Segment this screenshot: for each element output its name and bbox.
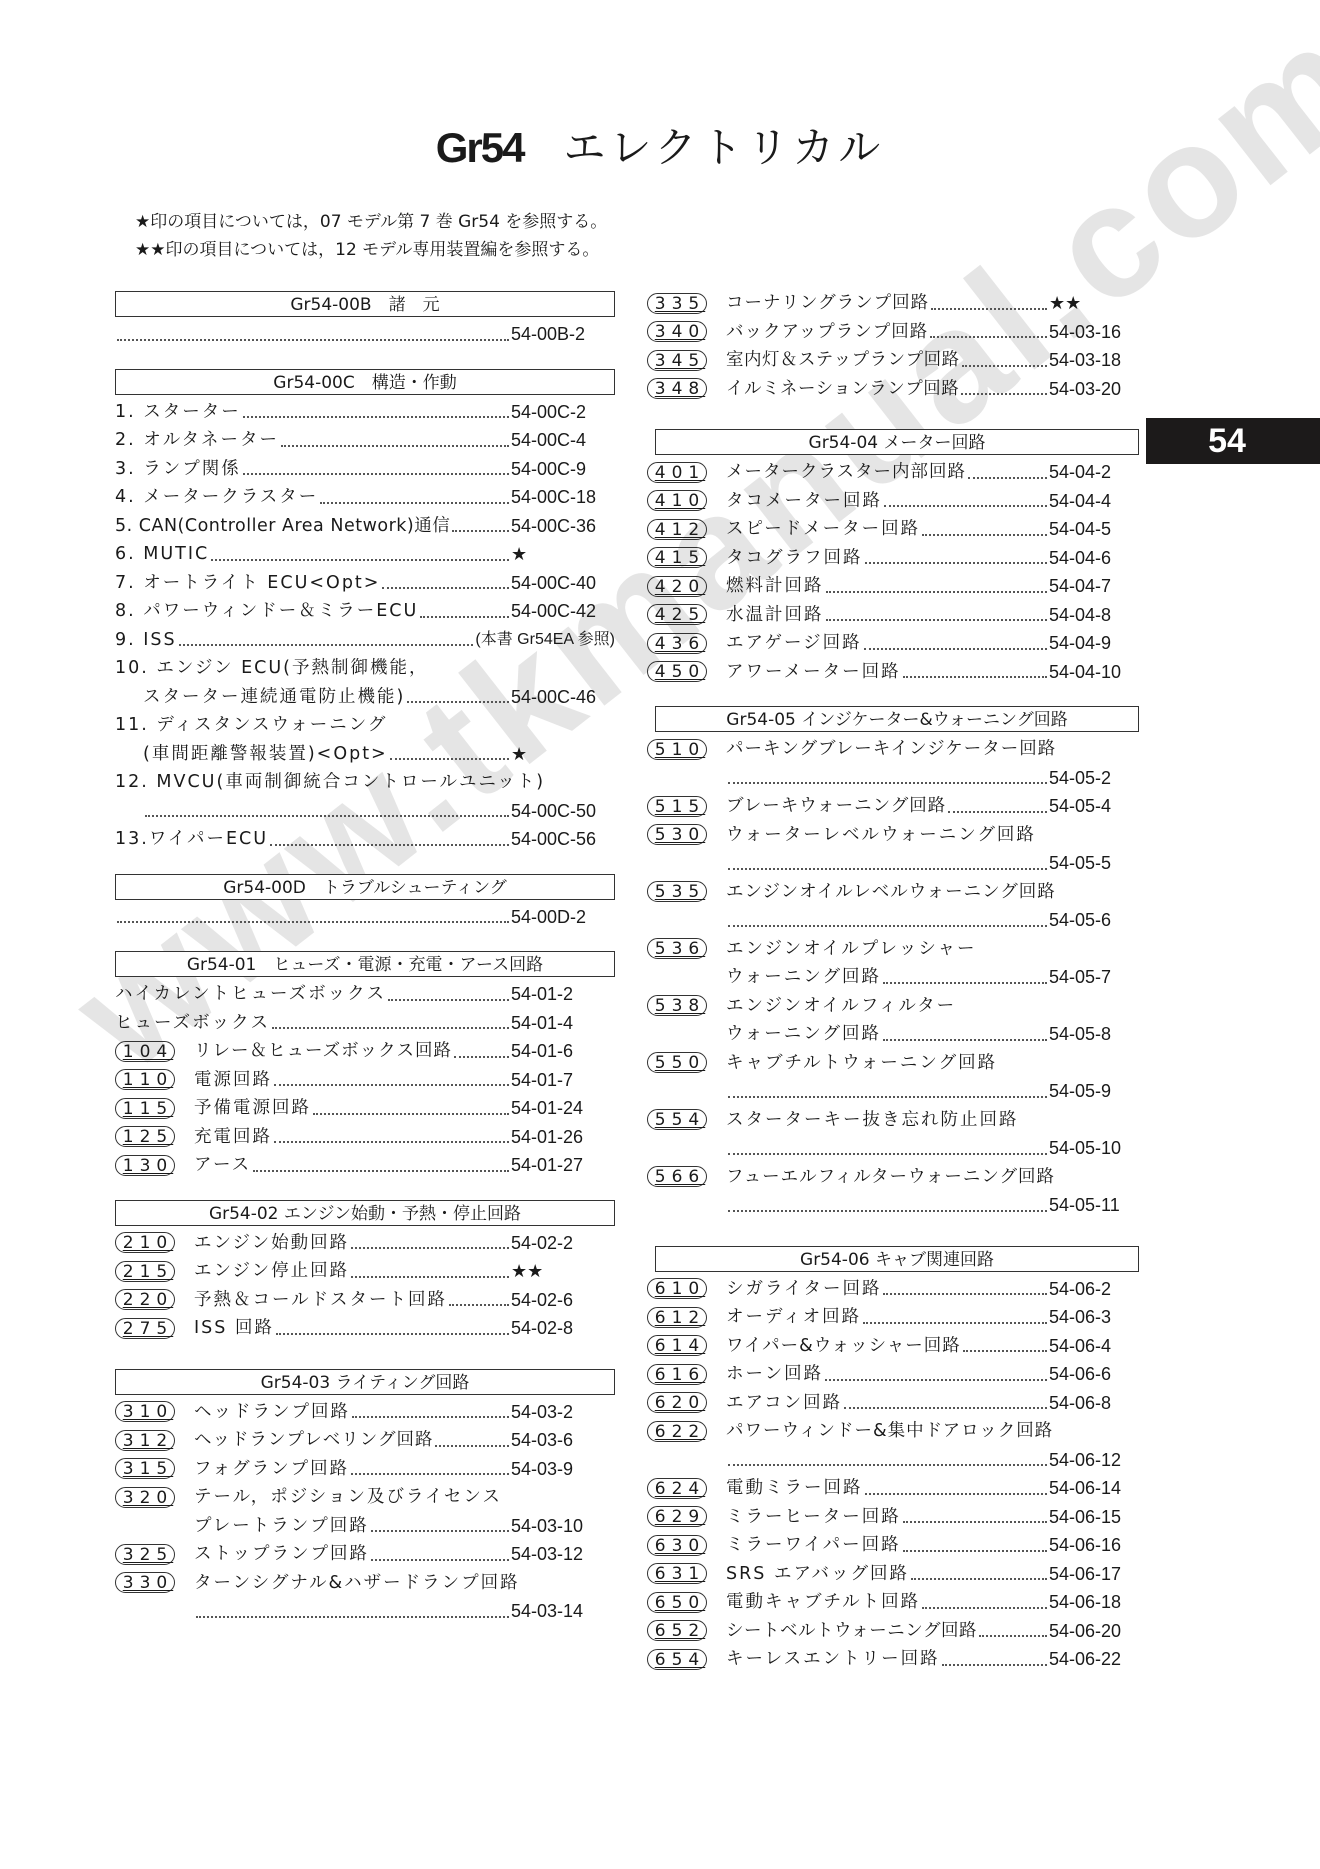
toc-entry[interactable]: 631SRS エアバッグ回路54-06-17 xyxy=(647,1560,1137,1589)
dot-leader xyxy=(826,591,1048,593)
dot-leader xyxy=(963,1350,1047,1352)
circuit-number-badge: 610 xyxy=(647,1278,707,1299)
entry-label: 電動キャブチルト回路 xyxy=(726,1588,920,1617)
toc-entry[interactable]: 110電源回路54-01-7 xyxy=(115,1066,615,1095)
toc-entry-cont[interactable]: ウォーニング回路54-05-7 xyxy=(647,963,1137,992)
toc-entry[interactable]: 220予熱＆コールドスタート回路54-02-6 xyxy=(115,1286,615,1315)
circuit-number-badge: 616 xyxy=(647,1364,707,1385)
page-ref: 54-05-4 xyxy=(1049,792,1137,821)
dot-leader xyxy=(274,1084,509,1086)
entry-label: 予熱＆コールドスタート回路 xyxy=(194,1286,447,1315)
page-ref: 54-06-17 xyxy=(1049,1560,1137,1589)
toc-entry-cont[interactable]: 54-05-9 xyxy=(647,1077,1137,1106)
circuit-number-badge: 210 xyxy=(115,1232,175,1253)
circuit-number-badge: 215 xyxy=(115,1261,175,1282)
toc-entry[interactable]: 650電動キャブチルト回路54-06-18 xyxy=(647,1588,1137,1617)
toc-entry[interactable]: 104リレー＆ヒューズボックス回路54-01-6 xyxy=(115,1037,615,1066)
section-header: Gr54-03 ライティング回路 xyxy=(115,1369,615,1395)
circuit-number-badge: 320 xyxy=(115,1487,175,1508)
page-ref: 54-00C-9 xyxy=(511,455,615,484)
toc-entry[interactable]: 4. メータークラスター54-00C-18 xyxy=(115,483,615,512)
circuit-number-badge: 401 xyxy=(647,462,707,483)
circuit-number-badge: 275 xyxy=(115,1318,175,1339)
cross-ref: (本書 Gr54EA 参照) xyxy=(475,626,615,655)
dot-leader xyxy=(454,1056,509,1058)
circuit-number-badge: 629 xyxy=(647,1506,707,1527)
page-ref: 54-03-2 xyxy=(511,1398,615,1427)
section-00c: Gr54-00C 構造・作動 1. スターター54-00C-2 2. オルタネー… xyxy=(115,369,615,854)
toc-entry[interactable]: ヒューズボックス54-01-4 xyxy=(115,1009,615,1038)
page-ref: 54-06-22 xyxy=(1049,1645,1137,1674)
page-ref: 54-05-8 xyxy=(1049,1020,1137,1049)
manual-page: www.tkmanual.com Gr54エレクトリカル ★印の項目については，… xyxy=(0,0,1320,1869)
circuit-number-badge: 345 xyxy=(647,350,707,371)
entry-label: ワイパー&ウォッシャー回路 xyxy=(726,1332,961,1361)
page-ref: 54-05-10 xyxy=(1049,1134,1137,1163)
toc-entry[interactable]: 130アース54-01-27 xyxy=(115,1151,615,1180)
section-01: Gr54-01 ヒューズ・電源・充電・アース回路 ハイカレントヒューズボックス5… xyxy=(115,951,615,1180)
circuit-number-badge: 515 xyxy=(647,796,707,817)
circuit-number-badge: 622 xyxy=(647,1421,707,1442)
toc-entry[interactable]: 125充電回路54-01-26 xyxy=(115,1123,615,1152)
section-header: Gr54-00D トラブルシューティング xyxy=(115,874,615,900)
circuit-number-badge: 436 xyxy=(647,633,707,654)
entry-label: ストップランプ回路 xyxy=(194,1540,369,1569)
toc-right-column: 335コーナリングランプ回路★★ 340バックアップランプ回路54-03-16 … xyxy=(647,289,1137,1674)
circuit-number-badge: 624 xyxy=(647,1478,707,1499)
dot-leader xyxy=(903,1521,1047,1523)
section-header: Gr54-02 エンジン始動・予熱・停止回路 xyxy=(115,1200,615,1226)
note-single-star: ★印の項目については，07 モデル第 7 巻 Gr54 を参照する。 xyxy=(135,208,607,236)
page-ref: 54-03-14 xyxy=(511,1597,615,1626)
entry-label: イルミネーションランプ回路 xyxy=(726,375,959,404)
toc-entry-cont[interactable]: ウォーニング回路54-05-8 xyxy=(647,1020,1137,1049)
reference-notes: ★印の項目については，07 モデル第 7 巻 Gr54 を参照する。 ★★印の項… xyxy=(135,208,607,264)
circuit-number-badge: 420 xyxy=(647,576,707,597)
star-ref: ★ xyxy=(511,740,615,769)
circuit-number-badge: 104 xyxy=(115,1041,175,1062)
star-ref: ★ xyxy=(511,540,615,569)
section-header: Gr54-05 インジケーター&ウォーニング回路 xyxy=(655,706,1139,732)
section-header: Gr54-04 メーター回路 xyxy=(655,429,1139,455)
entry-label: 2. オルタネーター xyxy=(115,426,279,455)
toc-entry[interactable]: 2. オルタネーター54-00C-4 xyxy=(115,426,615,455)
page-ref: 54-06-4 xyxy=(1049,1332,1137,1361)
page-ref: 54-01-2 xyxy=(511,980,615,1009)
circuit-number-badge: 312 xyxy=(115,1430,175,1451)
toc-entry-cont[interactable]: スターター連続通電防止機能)54-00C-46 xyxy=(115,683,615,712)
page-ref: 54-05-6 xyxy=(1049,906,1137,935)
dot-leader xyxy=(388,999,509,1001)
dot-leader xyxy=(117,921,509,923)
toc-entry-cont[interactable]: (車間距離警報装置)<Opt>★ xyxy=(115,740,615,769)
title-name: エレクトリカル xyxy=(563,123,884,172)
dot-leader xyxy=(243,473,509,475)
dot-leader xyxy=(884,505,1047,507)
circuit-number-badge: 554 xyxy=(647,1109,707,1130)
toc-entry[interactable]: 115予備電源回路54-01-24 xyxy=(115,1094,615,1123)
dot-leader xyxy=(313,1113,509,1115)
entry-label: アワーメーター回路 xyxy=(726,658,901,687)
circuit-number-badge: 538 xyxy=(647,995,707,1016)
dot-leader xyxy=(844,1407,1047,1409)
toc-entry[interactable]: 420燃料計回路54-04-7 xyxy=(647,572,1137,601)
entry-label: スターター連続通電防止機能) xyxy=(115,683,405,712)
entry-label: ヘッドランプレベリング回路 xyxy=(194,1426,433,1455)
toc-entry-cont[interactable]: 54-05-5 xyxy=(647,849,1137,878)
dot-leader xyxy=(930,336,1047,338)
dot-leader xyxy=(922,1607,1047,1609)
toc-entry[interactable]: 315フォグランプ回路54-03-9 xyxy=(115,1455,615,1484)
toc-entry[interactable]: 536エンジンオイルプレッシャー xyxy=(647,935,1137,964)
toc-entry[interactable]: 610シガライター回路54-06-2 xyxy=(647,1275,1137,1304)
entry-label: 1. スターター xyxy=(115,398,241,427)
entry-label: エンジン停止回路 xyxy=(194,1257,349,1286)
entry-label: 5. CAN(Controller Area Network)通信 xyxy=(115,512,450,541)
entry-label: 11. ディスタンスウォーニング xyxy=(115,711,387,740)
toc-entry[interactable]: 13.ワイパーECU54-00C-56 xyxy=(115,825,615,854)
toc-entry[interactable]: 450アワーメーター回路54-04-10 xyxy=(647,658,1137,687)
circuit-number-badge: 220 xyxy=(115,1289,175,1310)
page-ref: 54-03-20 xyxy=(1049,375,1137,404)
dot-leader xyxy=(931,308,1047,310)
toc-entry[interactable]: 7. オートライト ECU<Opt>54-00C-40 xyxy=(115,569,615,598)
circuit-number-badge: 631 xyxy=(647,1563,707,1584)
toc-entry[interactable]: 325ストップランプ回路54-03-12 xyxy=(115,1540,615,1569)
toc-entry[interactable]: 550キャブチルトウォーニング回路 xyxy=(647,1049,1137,1078)
page-ref: 54-06-15 xyxy=(1049,1503,1137,1532)
toc-entry-cont[interactable]: 54-05-11 xyxy=(647,1191,1137,1220)
section-03-continued: 335コーナリングランプ回路★★ 340バックアップランプ回路54-03-16 … xyxy=(647,289,1137,403)
page-ref: 54-06-3 xyxy=(1049,1303,1137,1332)
dot-leader xyxy=(274,1141,509,1143)
entry-label: ウォーターレベルウォーニング回路 xyxy=(726,821,1036,850)
entry-label: ヒューズボックス xyxy=(115,1009,270,1038)
page-ref: 54-06-12 xyxy=(1049,1446,1137,1475)
toc-entry[interactable]: 210エンジン始動回路54-02-2 xyxy=(115,1229,615,1258)
entry-label: パーキングブレーキインジケーター回路 xyxy=(726,735,1056,764)
page-ref: 54-00C-2 xyxy=(511,398,615,427)
entry-label: 8. パワーウィンドー＆ミラーECU xyxy=(115,597,418,626)
toc-entry[interactable]: 348イルミネーションランプ回路54-03-20 xyxy=(647,375,1137,404)
page-ref: 54-06-20 xyxy=(1049,1617,1137,1646)
toc-entry[interactable]: 330ターンシグナル&ハザードランプ回路 xyxy=(115,1569,615,1598)
page-ref: 54-00C-18 xyxy=(511,483,615,512)
entry-label: バックアップランプ回路 xyxy=(726,318,928,347)
page-ref: 54-03-10 xyxy=(511,1512,615,1541)
page-ref: 54-05-11 xyxy=(1049,1191,1137,1220)
entry-label: タコグラフ回路 xyxy=(726,544,863,573)
toc-entry[interactable]: 652シートベルトウォーニング回路54-06-20 xyxy=(647,1617,1137,1646)
entry-label: SRS エアバッグ回路 xyxy=(726,1560,909,1589)
dot-leader xyxy=(942,1664,1047,1666)
dot-leader xyxy=(883,982,1047,984)
entry-label: プレートランプ回路 xyxy=(194,1512,369,1541)
entry-label: タコメーター回路 xyxy=(726,487,882,516)
entry-label: 予備電源回路 xyxy=(194,1094,311,1123)
page-ref: 54-04-7 xyxy=(1049,572,1137,601)
page-ref: 54-00C-42 xyxy=(511,597,615,626)
toc-entry[interactable]: 8. パワーウィンドー＆ミラーECU54-00C-42 xyxy=(115,597,615,626)
entry-label: シガライター回路 xyxy=(726,1275,881,1304)
dot-leader xyxy=(825,1379,1047,1381)
section-04: Gr54-04 メーター回路 401メータークラスター内部回路54-04-2 4… xyxy=(647,429,1137,686)
page-ref: 54-00C-56 xyxy=(511,825,615,854)
toc-entry[interactable]: 612オーディオ回路54-06-3 xyxy=(647,1303,1137,1332)
dot-leader xyxy=(270,844,509,846)
dot-leader xyxy=(911,1578,1047,1580)
entry-label: エンジン始動回路 xyxy=(194,1229,349,1258)
star-ref: ★★ xyxy=(1049,289,1137,318)
page-ref: 54-05-2 xyxy=(1049,764,1137,793)
entry-label: スターターキー抜き忘れ防止回路 xyxy=(726,1106,1019,1135)
page-ref: 54-00C-36 xyxy=(511,512,615,541)
entry-label: キャブチルトウォーニング回路 xyxy=(726,1049,997,1078)
section-00b: Gr54-00B 諸 元 54-00B-2 xyxy=(115,291,615,349)
circuit-number-badge: 535 xyxy=(647,881,707,902)
toc-entry[interactable]: ハイカレントヒューズボックス54-01-2 xyxy=(115,980,615,1009)
entry-label: アース xyxy=(194,1151,251,1180)
dot-leader xyxy=(351,1247,509,1249)
dot-leader xyxy=(407,701,509,703)
toc-entry[interactable]: 320テール，ポジション及びライセンス xyxy=(115,1483,615,1512)
dot-leader xyxy=(276,1333,509,1335)
entry-label: ISS 回路 xyxy=(194,1314,274,1343)
section-05: Gr54-05 インジケーター&ウォーニング回路 510パーキングブレーキインジ… xyxy=(647,706,1137,1220)
dot-leader xyxy=(320,502,509,504)
toc-entry[interactable]: 624電動ミラー回路54-06-14 xyxy=(647,1474,1137,1503)
dot-leader xyxy=(826,619,1048,621)
circuit-number-badge: 330 xyxy=(115,1572,175,1593)
dot-leader xyxy=(864,648,1047,650)
toc-entry[interactable]: 12. MVCU(車両制御統合コントロールユニット) xyxy=(115,768,615,797)
page-ref: 54-04-10 xyxy=(1049,658,1137,687)
dot-leader xyxy=(382,587,509,589)
toc-entry[interactable]: 412スピードメーター回路54-04-5 xyxy=(647,515,1137,544)
toc-left-column: Gr54-00B 諸 元 54-00B-2 Gr54-00C 構造・作動 1. … xyxy=(115,291,615,1626)
dot-leader xyxy=(117,339,509,341)
section-header: Gr54-00B 諸 元 xyxy=(115,291,615,317)
entry-label: 7. オートライト ECU<Opt> xyxy=(115,569,380,598)
entry-label: ミラーヒーター回路 xyxy=(726,1503,901,1532)
circuit-number-badge: 110 xyxy=(115,1069,175,1090)
toc-entry[interactable]: 5. CAN(Controller Area Network)通信54-00C-… xyxy=(115,512,615,541)
entry-label: 3. ランプ関係 xyxy=(115,455,241,484)
toc-entry[interactable]: 3. ランプ関係54-00C-9 xyxy=(115,455,615,484)
toc-entry[interactable]: 215エンジン停止回路★★ xyxy=(115,1257,615,1286)
toc-entry-cont[interactable]: 54-05-10 xyxy=(647,1134,1137,1163)
dot-leader xyxy=(351,1473,509,1475)
dot-leader xyxy=(863,1322,1047,1324)
dot-leader xyxy=(452,530,509,532)
entry-label: 電源回路 xyxy=(194,1066,272,1095)
entry-label: 6. MUTIC xyxy=(115,540,209,569)
dot-leader xyxy=(728,1210,1047,1212)
dot-leader xyxy=(903,676,1047,678)
dot-leader xyxy=(449,1304,509,1306)
circuit-number-badge: 325 xyxy=(115,1544,175,1565)
entry-label: オーディオ回路 xyxy=(726,1303,861,1332)
dot-leader xyxy=(145,815,509,817)
page-ref: 54-06-18 xyxy=(1049,1588,1137,1617)
entry-label: エアコン回路 xyxy=(726,1389,842,1418)
toc-entry[interactable]: 345室内灯＆ステップランプ回路54-03-18 xyxy=(647,346,1137,375)
toc-entry[interactable]: 312ヘッドランプレベリング回路54-03-6 xyxy=(115,1426,615,1455)
toc-entry[interactable]: 510パーキングブレーキインジケーター回路 xyxy=(647,735,1137,764)
toc-entry[interactable]: 614ワイパー&ウォッシャー回路54-06-4 xyxy=(647,1332,1137,1361)
toc-entry[interactable]: 54-00B-2 xyxy=(115,320,615,349)
section-02: Gr54-02 エンジン始動・予熱・停止回路 210エンジン始動回路54-02-… xyxy=(115,1200,615,1343)
toc-entry[interactable]: 630ミラーワイパー回路54-06-16 xyxy=(647,1531,1137,1560)
toc-entry[interactable]: 530ウォーターレベルウォーニング回路 xyxy=(647,821,1137,850)
toc-entry-cont[interactable]: 54-05-6 xyxy=(647,906,1137,935)
entry-label: スピードメーター回路 xyxy=(726,515,920,544)
dot-leader xyxy=(351,1276,509,1278)
entry-label: ミラーワイパー回路 xyxy=(726,1531,901,1560)
toc-entry[interactable]: 616ホーン回路54-06-6 xyxy=(647,1360,1137,1389)
entry-label: シートベルトウォーニング回路 xyxy=(726,1617,977,1646)
dot-leader xyxy=(961,393,1047,395)
page-ref: 54-05-9 xyxy=(1049,1077,1137,1106)
entry-label: ヘッドランプ回路 xyxy=(194,1398,350,1427)
toc-entry[interactable]: 340バックアップランプ回路54-03-16 xyxy=(647,318,1137,347)
toc-entry[interactable]: 1. スターター54-00C-2 xyxy=(115,398,615,427)
dot-leader xyxy=(243,416,509,418)
dot-leader xyxy=(865,1493,1048,1495)
entry-label: ブレーキウォーニング回路 xyxy=(726,792,946,821)
page-ref: 54-00C-50 xyxy=(511,797,615,826)
dot-leader xyxy=(371,1530,509,1532)
circuit-number-badge: 510 xyxy=(647,739,707,760)
toc-entry[interactable]: 436エアゲージ回路54-04-9 xyxy=(647,629,1137,658)
entry-label: パワーウィンドー&集中ドアロック回路 xyxy=(726,1417,1053,1446)
page-ref: 54-04-8 xyxy=(1049,601,1137,630)
entry-label: エンジンオイルレベルウォーニング回路 xyxy=(726,878,1056,907)
toc-entry[interactable]: 10. エンジン ECU(予熱制御機能， xyxy=(115,654,615,683)
toc-entry[interactable]: 538エンジンオイルフィルター xyxy=(647,992,1137,1021)
toc-entry[interactable]: 6. MUTIC★ xyxy=(115,540,615,569)
toc-entry[interactable]: 401メータークラスター内部回路54-04-2 xyxy=(647,458,1137,487)
page-ref: 54-05-7 xyxy=(1049,963,1137,992)
toc-entry[interactable]: 535エンジンオイルレベルウォーニング回路 xyxy=(647,878,1137,907)
dot-leader xyxy=(728,925,1047,927)
page-ref: 54-00C-4 xyxy=(511,426,615,455)
page-ref: 54-04-2 xyxy=(1049,458,1137,487)
circuit-number-badge: 335 xyxy=(647,293,707,314)
section-00d: Gr54-00D トラブルシューティング 54-00D-2 xyxy=(115,874,615,932)
toc-entry-cont[interactable]: 54-05-2 xyxy=(647,764,1137,793)
circuit-number-badge: 340 xyxy=(647,321,707,342)
entry-label: 12. MVCU(車両制御統合コントロールユニット) xyxy=(115,768,545,797)
page-title: Gr54エレクトリカル xyxy=(0,118,1320,178)
circuit-number-badge: 620 xyxy=(647,1392,707,1413)
page-ref: 54-05-5 xyxy=(1049,849,1137,878)
dot-leader xyxy=(728,868,1047,870)
section-06: Gr54-06 キャブ関連回路 610シガライター回路54-06-2 612オー… xyxy=(647,1246,1137,1674)
toc-entry[interactable]: 566フューエルフィルターウォーニング回路 xyxy=(647,1163,1137,1192)
dot-leader xyxy=(922,534,1047,536)
page-ref: 54-04-4 xyxy=(1049,487,1137,516)
page-ref: 54-06-14 xyxy=(1049,1474,1137,1503)
toc-entry[interactable]: 515ブレーキウォーニング回路54-05-4 xyxy=(647,792,1137,821)
toc-entry[interactable]: 620エアコン回路54-06-8 xyxy=(647,1389,1137,1418)
toc-entry[interactable]: 9. ISS(本書 Gr54EA 参照) xyxy=(115,626,615,655)
toc-entry-cont[interactable]: プレートランプ回路54-03-10 xyxy=(115,1512,615,1541)
star-ref: ★★ xyxy=(511,1257,615,1286)
page-ref: 54-06-16 xyxy=(1049,1531,1137,1560)
circuit-number-badge: 630 xyxy=(647,1535,707,1556)
toc-entry[interactable]: 654キーレスエントリー回路54-06-22 xyxy=(647,1645,1137,1674)
dot-leader xyxy=(253,1170,509,1172)
entry-label: キーレスエントリー回路 xyxy=(726,1645,940,1674)
dot-leader xyxy=(435,1445,509,1447)
toc-entry-cont[interactable]: 54-06-12 xyxy=(647,1446,1137,1475)
section-header: Gr54-01 ヒューズ・電源・充電・アース回路 xyxy=(115,951,615,977)
toc-entry-cont[interactable]: 54-03-14 xyxy=(115,1597,615,1626)
dot-leader xyxy=(968,477,1047,479)
page-ref: 54-04-6 xyxy=(1049,544,1137,573)
page-ref: 54-01-7 xyxy=(511,1066,615,1095)
toc-entry[interactable]: 629ミラーヒーター回路54-06-15 xyxy=(647,1503,1137,1532)
dot-leader xyxy=(728,782,1047,784)
toc-entry[interactable]: 425水温計回路54-04-8 xyxy=(647,601,1137,630)
circuit-number-badge: 115 xyxy=(115,1098,175,1119)
toc-entry[interactable]: 415タコグラフ回路54-04-6 xyxy=(647,544,1137,573)
entry-label: ターンシグナル&ハザードランプ回路 xyxy=(194,1569,520,1598)
circuit-number-badge: 410 xyxy=(647,490,707,511)
page-ref: 54-02-6 xyxy=(511,1286,615,1315)
dot-leader xyxy=(211,559,509,561)
dot-leader xyxy=(196,1616,509,1618)
page-ref: 54-00C-46 xyxy=(511,683,615,712)
page-ref: 54-01-4 xyxy=(511,1009,615,1038)
entry-label: ホーン回路 xyxy=(726,1360,823,1389)
circuit-number-badge: 450 xyxy=(647,661,707,682)
entry-label: メータークラスター内部回路 xyxy=(726,458,966,487)
toc-entry-cont[interactable]: 54-00C-50 xyxy=(115,797,615,826)
page-ref: 54-01-26 xyxy=(511,1123,615,1152)
entry-label: 水温計回路 xyxy=(726,601,824,630)
dot-leader xyxy=(352,1416,509,1418)
page-ref: 54-04-9 xyxy=(1049,629,1137,658)
dot-leader xyxy=(948,811,1047,813)
circuit-number-badge: 550 xyxy=(647,1052,707,1073)
toc-entry[interactable]: 410タコメーター回路54-04-4 xyxy=(647,487,1137,516)
toc-entry[interactable]: 11. ディスタンスウォーニング xyxy=(115,711,615,740)
dot-leader xyxy=(979,1635,1047,1637)
entry-label: 10. エンジン ECU(予熱制御機能， xyxy=(115,654,429,683)
circuit-number-badge: 310 xyxy=(115,1401,175,1422)
toc-entry[interactable]: 310ヘッドランプ回路54-03-2 xyxy=(115,1398,615,1427)
dot-leader xyxy=(883,1293,1047,1295)
toc-entry[interactable]: 622パワーウィンドー&集中ドアロック回路 xyxy=(647,1417,1137,1446)
toc-entry[interactable]: 554スターターキー抜き忘れ防止回路 xyxy=(647,1106,1137,1135)
entry-label: 13.ワイパーECU xyxy=(115,825,268,854)
page-ref: 54-03-9 xyxy=(511,1455,615,1484)
section-header: Gr54-00C 構造・作動 xyxy=(115,369,615,395)
circuit-number-badge: 566 xyxy=(647,1166,707,1187)
page-ref: 54-04-5 xyxy=(1049,515,1137,544)
dot-leader xyxy=(865,562,1048,564)
entry-label: ウォーニング回路 xyxy=(726,1020,881,1049)
circuit-number-badge: 530 xyxy=(647,824,707,845)
circuit-number-badge: 315 xyxy=(115,1458,175,1479)
entry-label: 電動ミラー回路 xyxy=(726,1474,863,1503)
toc-entry[interactable]: 54-00D-2 xyxy=(115,903,615,932)
entry-label: コーナリングランプ回路 xyxy=(726,289,929,318)
toc-entry[interactable]: 335コーナリングランプ回路★★ xyxy=(647,289,1137,318)
toc-entry[interactable]: 275ISS 回路54-02-8 xyxy=(115,1314,615,1343)
